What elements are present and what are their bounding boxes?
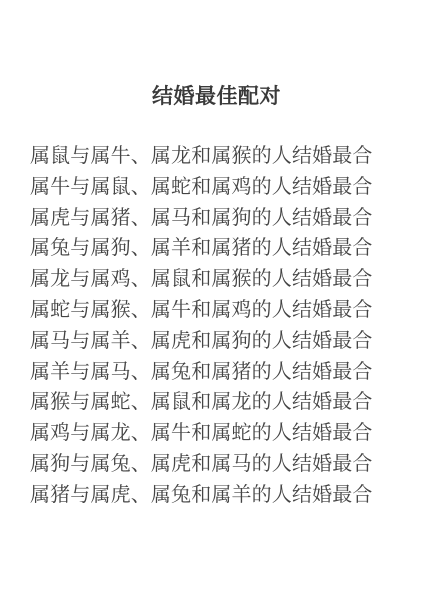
zodiac-match-list: 属鼠与属牛、属龙和属猴的人结婚最合 属牛与属鼠、属蛇和属鸡的人结婚最合 属虎与属… [30,140,410,510]
list-item: 属狗与属兔、属虎和属马的人结婚最合 [30,448,410,479]
list-item: 属虎与属猪、属马和属狗的人结婚最合 [30,202,410,233]
list-item: 属鼠与属牛、属龙和属猴的人结婚最合 [30,140,410,171]
list-item: 属兔与属狗、属羊和属猪的人结婚最合 [30,232,410,263]
list-item: 属鸡与属龙、属牛和属蛇的人结婚最合 [30,417,410,448]
list-item: 属羊与属马、属兔和属猪的人结婚最合 [30,356,410,387]
list-item: 属猴与属蛇、属鼠和属龙的人结婚最合 [30,386,410,417]
list-item: 属猪与属虎、属兔和属羊的人结婚最合 [30,479,410,510]
list-item: 属龙与属鸡、属鼠和属猴的人结婚最合 [30,263,410,294]
document-page: 结婚最佳配对 属鼠与属牛、属龙和属猴的人结婚最合 属牛与属鼠、属蛇和属鸡的人结婚… [0,0,433,600]
list-item: 属蛇与属猴、属牛和属鸡的人结婚最合 [30,294,410,325]
list-item: 属牛与属鼠、属蛇和属鸡的人结婚最合 [30,171,410,202]
page-title: 结婚最佳配对 [0,83,433,109]
list-item: 属马与属羊、属虎和属狗的人结婚最合 [30,325,410,356]
